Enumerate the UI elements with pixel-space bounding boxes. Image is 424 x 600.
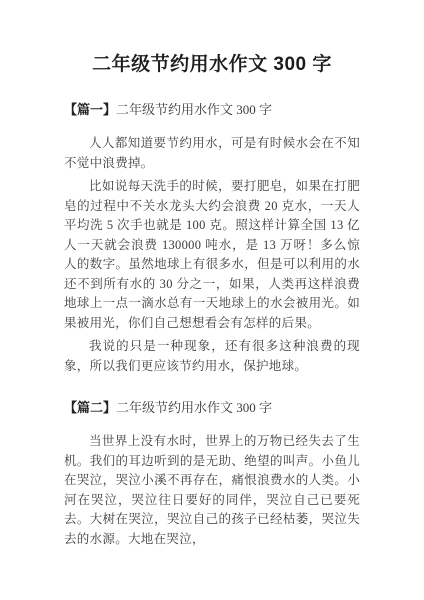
essay-section-2: 【篇二】二年级节约用水作文 300 字 当世界上没有水时，世界上的万物已经失去了… <box>64 398 360 549</box>
section-heading-1: 【篇一】二年级节约用水作文 300 字 <box>64 100 360 119</box>
paragraph: 当世界上没有水时，世界上的万物已经失去了生机。我们的耳边听到的是无助、绝望的叫声… <box>64 432 360 549</box>
paragraph: 我说的只是一种现象，还有很多这种浪费的现象，所以我们更应该节约用水，保护地球。 <box>64 337 360 376</box>
essay-section-1: 【篇一】二年级节约用水作文 300 字 人人都知道要节约用水，可是有时候水会在不… <box>64 100 360 376</box>
section-heading-2: 【篇二】二年级节约用水作文 300 字 <box>64 398 360 417</box>
paragraph: 人人都知道要节约用水，可是有时候水会在不知不觉中浪费掉。 <box>64 134 360 173</box>
document-content: 二年级节约用水作文 300 字 【篇一】二年级节约用水作文 300 字 人人都知… <box>0 0 424 549</box>
paragraph: 比如说每天洗手的时候，要打肥皂，如果在打肥皂的过程中不关水龙头大约会浪费 20 … <box>64 177 360 333</box>
section-heading-text-1: 二年级节约用水作文 300 字 <box>116 102 272 117</box>
section-marker-2: 【篇二】 <box>64 400 116 415</box>
document-title: 二年级节约用水作文 300 字 <box>64 52 360 78</box>
section-marker-1: 【篇一】 <box>64 102 116 117</box>
section-heading-text-2: 二年级节约用水作文 300 字 <box>116 400 272 415</box>
document-page: 二年级节约用水作文 300 字 【篇一】二年级节约用水作文 300 字 人人都知… <box>0 0 424 600</box>
